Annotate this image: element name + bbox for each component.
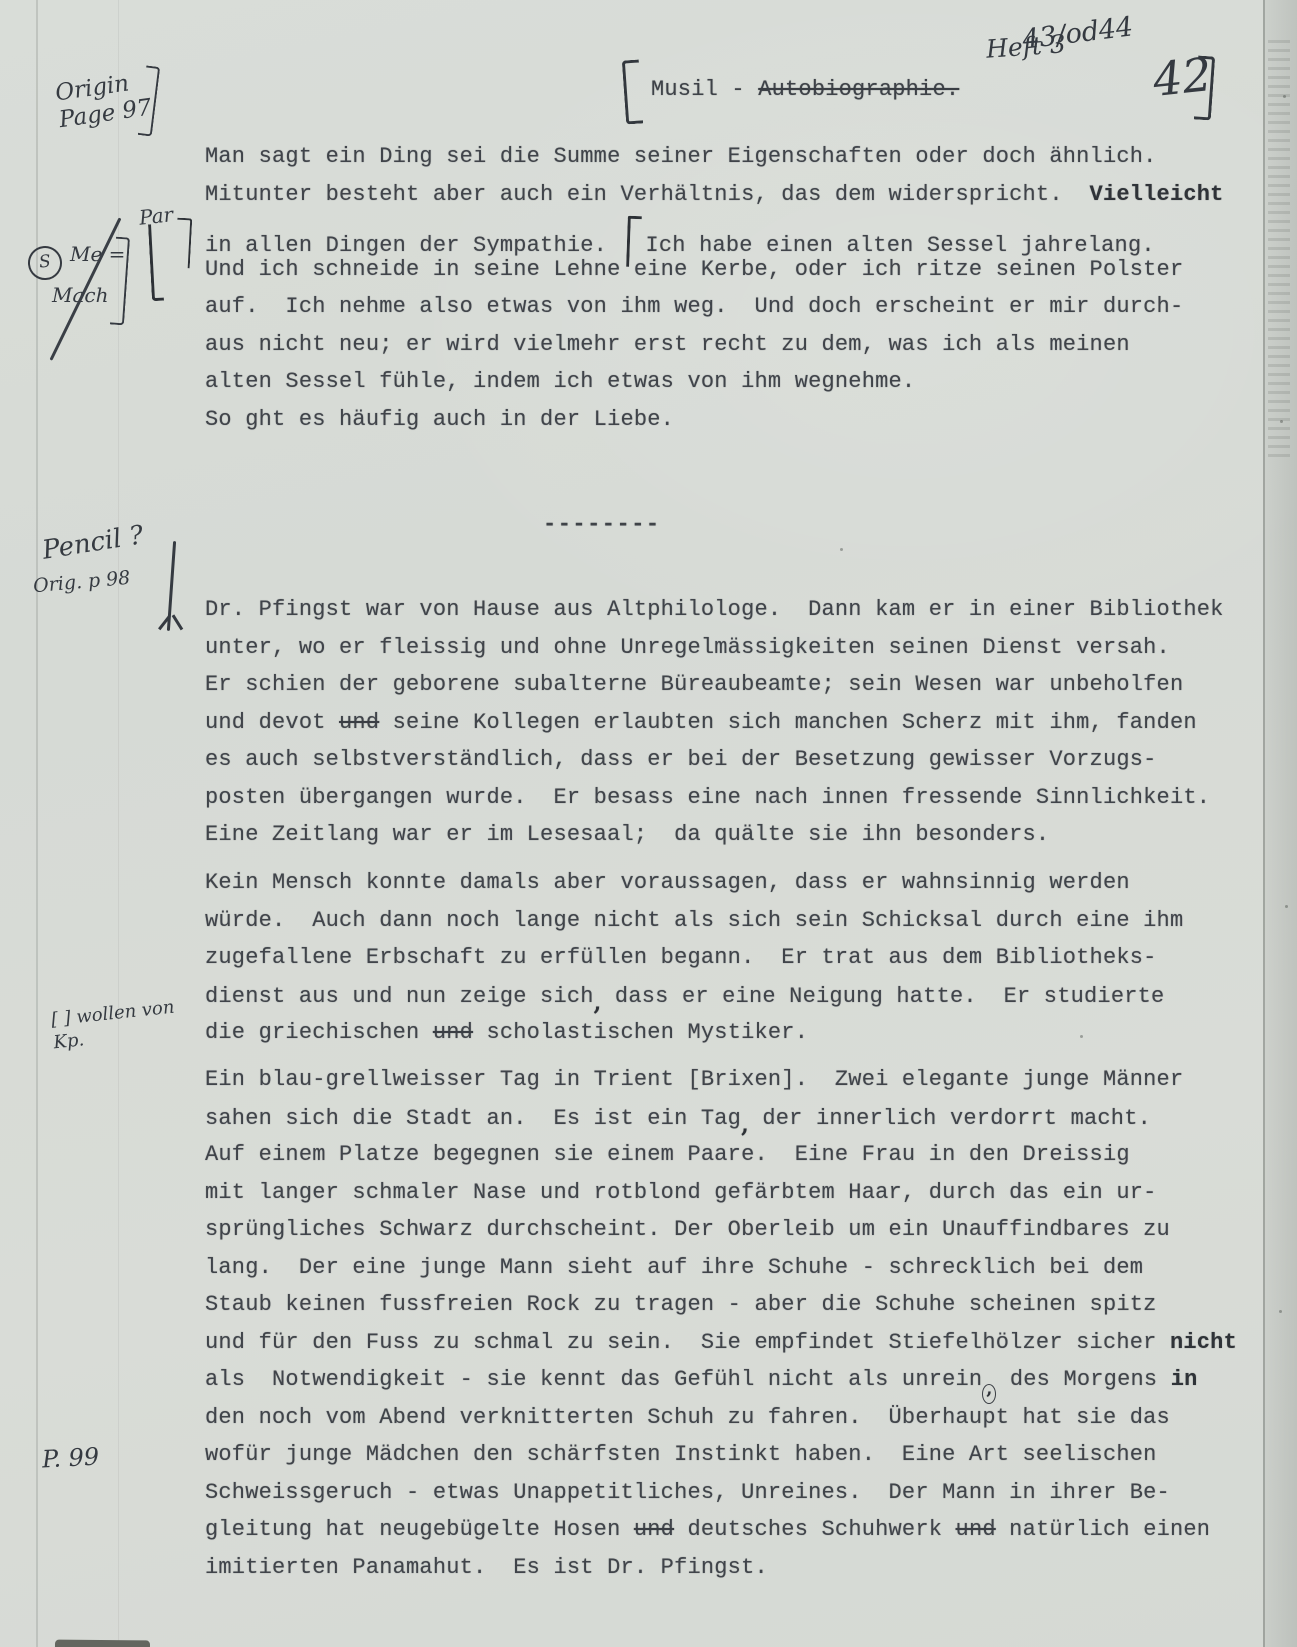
typed-text: seine Kollegen erlaubten sich manchen Sc… xyxy=(379,710,1197,735)
typed-text: den noch vom Abend verknitterten Schuh z… xyxy=(205,1405,1170,1430)
typed-line: aus nicht neu; er wird vielmehr erst rec… xyxy=(205,329,1224,367)
typed-text: Staub keinen fussfreien Rock zu tragen -… xyxy=(205,1292,1157,1317)
typed-text: der innerlich verdorrt macht. xyxy=(749,1106,1151,1131)
typed-line: den noch vom Abend verknitterten Schuh z… xyxy=(205,1402,1237,1440)
typed-line: auf. Ich nehme also etwas von ihm weg. U… xyxy=(205,291,1224,329)
margin-note-orig-p98: Orig. p 98 xyxy=(32,567,131,597)
typed-line: in allen Dingen der Sympathie. Ich habe … xyxy=(205,216,1224,254)
typed-text: Ein blau-grellweisser Tag in Trient [Bri… xyxy=(205,1067,1183,1092)
typed-text: Er schien der geborene subalterne Büreau… xyxy=(205,672,1183,697)
typed-line: gleitung hat neugebügelte Hosen und deut… xyxy=(205,1514,1237,1552)
handwritten-inline-bracket xyxy=(627,216,643,267)
typed-text: alten Sessel fühle, indem ich etwas von … xyxy=(205,369,915,394)
typed-line: Mitunter besteht aber auch ein Verhältni… xyxy=(205,179,1224,217)
scan-speck xyxy=(1285,905,1288,908)
typed-text: Man sagt ein Ding sei die Summe seiner E… xyxy=(205,144,1157,169)
typed-text-retyped: nicht xyxy=(1170,1330,1237,1355)
typed-text: sprüngliches Schwarz durchscheint. Der O… xyxy=(205,1217,1170,1242)
handwritten-open-bracket xyxy=(622,59,643,124)
typed-text: und für den Fuss zu schmal zu sein. Sie … xyxy=(205,1330,1170,1355)
scan-speck xyxy=(1280,420,1283,423)
typed-text-strike: und xyxy=(634,1517,674,1542)
typed-line: imitierten Panamahut. Es ist Dr. Pfingst… xyxy=(205,1552,1237,1590)
typed-line: würde. Auch dann noch lange nicht als si… xyxy=(205,905,1183,943)
typed-text-retyped: Vielleicht xyxy=(1090,182,1224,207)
handwritten-page-number: 42 xyxy=(1150,47,1214,107)
typed-text: als Notwendigkeit - sie kennt das Gefühl… xyxy=(205,1367,982,1392)
typed-text: deutsches Schuhwerk xyxy=(674,1517,955,1542)
down-arrow-head xyxy=(172,615,183,631)
typed-text: aus nicht neu; er wird vielmehr erst rec… xyxy=(205,332,1130,357)
handwritten-margin-bracket xyxy=(148,224,164,302)
scan-speck xyxy=(840,548,843,551)
page-title: Musil - Autobiographie. xyxy=(651,77,959,102)
typed-text: Kein Mensch konnte damals aber voraussag… xyxy=(205,870,1130,895)
page-right-edge-texture xyxy=(1268,40,1290,460)
handwritten-bracket xyxy=(175,218,193,269)
margin-note-pencil: Pencil ? xyxy=(40,520,145,566)
typed-line: Ein blau-grellweisser Tag in Trient [Bri… xyxy=(205,1064,1237,1102)
circled-letter: S xyxy=(26,244,63,281)
scan-speck xyxy=(1279,1310,1282,1313)
typed-line: Staub keinen fussfreien Rock zu tragen -… xyxy=(205,1289,1237,1327)
typed-text: wofür junge Mädchen den schärfsten Insti… xyxy=(205,1442,1157,1467)
typed-text: natürlich einen xyxy=(996,1517,1210,1542)
typed-paragraph: Kein Mensch konnte damals aber voraussag… xyxy=(205,867,1183,1055)
typed-line: Und ich schneide in seine Lehne eine Ker… xyxy=(205,254,1224,292)
typed-line: posten übergangen wurde. Er besass eine … xyxy=(205,782,1224,820)
typed-line: Er schien der geborene subalterne Büreau… xyxy=(205,669,1224,707)
typed-text: mit langer schmaler Nase und rotblond ge… xyxy=(205,1180,1157,1205)
typed-text: Auf einem Platze begegnen sie einem Paar… xyxy=(205,1142,1130,1167)
typed-line: und devot und seine Kollegen erlaubten s… xyxy=(205,707,1224,745)
typed-text: auf. Ich nehme also etwas von ihm weg. U… xyxy=(205,294,1183,319)
typed-line: die griechischen und scholastischen Myst… xyxy=(205,1017,1183,1055)
typed-line: dienst aus und nun zeige sich, dass er e… xyxy=(205,980,1183,1018)
typed-text-strike: und xyxy=(339,710,379,735)
typed-text: gleitung hat neugebügelte Hosen xyxy=(205,1517,634,1542)
typed-line: So ght es häufig auch in der Liebe. xyxy=(205,404,674,442)
typed-text-strike: und xyxy=(956,1517,996,1542)
typed-text: zugefallene Erbschaft zu erfüllen begann… xyxy=(205,945,1157,970)
typed-line: Man sagt ein Ding sei die Summe seiner E… xyxy=(205,141,1224,179)
typed-text: Und ich schneide in seine Lehne eine Ker… xyxy=(205,257,1183,282)
scan-speck xyxy=(1283,95,1286,98)
manuscript-page: Musil - Autobiographie. Heft 3 43/od44 4… xyxy=(0,0,1297,1647)
title-struck-text: Autobiographie. xyxy=(758,77,959,102)
typed-line: alten Sessel fühle, indem ich etwas von … xyxy=(205,366,1224,404)
typed-text: Dr. Pfingst war von Hause aus Altphilolo… xyxy=(205,597,1224,622)
typed-line: zugefallene Erbschaft zu erfüllen begann… xyxy=(205,942,1183,980)
typed-line: wofür junge Mädchen den schärfsten Insti… xyxy=(205,1439,1237,1477)
typed-text-retyped: in xyxy=(1171,1367,1198,1392)
typed-text: lang. Der eine junge Mann sieht auf ihre… xyxy=(205,1255,1143,1280)
typed-text: imitierten Panamahut. Es ist Dr. Pfingst… xyxy=(205,1555,768,1580)
typed-text: des Morgens xyxy=(996,1367,1170,1392)
typed-line: unter, wo er fleissig und ohne Unregelmä… xyxy=(205,632,1224,670)
typed-text: So ght es häufig auch in der Liebe. xyxy=(205,407,674,432)
typed-paragraph: Man sagt ein Ding sei die Summe seiner E… xyxy=(205,141,1224,404)
typed-text: Mitunter besteht aber auch ein Verhältni… xyxy=(205,182,1090,207)
typed-line: sprüngliches Schwarz durchscheint. Der O… xyxy=(205,1214,1237,1252)
typed-text: unter, wo er fleissig und ohne Unregelmä… xyxy=(205,635,1170,660)
page-right-edge-line xyxy=(1263,0,1265,1647)
typed-text-hwcomma: , xyxy=(741,1112,749,1138)
typed-line: es auch selbstverständlich, dass er bei … xyxy=(205,744,1224,782)
typed-paragraph: Dr. Pfingst war von Hause aus Altphilolo… xyxy=(205,594,1224,857)
typed-text-hwcomma: , xyxy=(594,990,602,1016)
typed-text: posten übergangen wurde. Er besass eine … xyxy=(205,785,1210,810)
typed-text: dienst aus und nun zeige sich xyxy=(205,984,594,1009)
scan-shadow xyxy=(55,1640,150,1647)
typed-paragraph: So ght es häufig auch in der Liebe. xyxy=(205,404,674,442)
typed-line: Eine Zeitlang war er im Lesesaal; da quä… xyxy=(205,819,1224,857)
margin-note-wollen-von-kp: [ ] wollen von Kp. xyxy=(50,996,178,1055)
typed-line: Dr. Pfingst war von Hause aus Altphilolo… xyxy=(205,594,1224,632)
typed-line: mit langer schmaler Nase und rotblond ge… xyxy=(205,1177,1237,1215)
typed-text: es auch selbstverständlich, dass er bei … xyxy=(205,747,1157,772)
typed-separator-dashes: -------- xyxy=(543,512,661,537)
typed-text: dass er eine Neigung hatte. Er studierte xyxy=(602,984,1165,1009)
typed-text: die griechischen xyxy=(205,1020,433,1045)
typed-text: würde. Auch dann noch lange nicht als si… xyxy=(205,908,1183,933)
margin-note-p99: P. 99 xyxy=(41,1443,99,1474)
typed-line: Kein Mensch konnte damals aber voraussag… xyxy=(205,867,1183,905)
typed-text: und devot xyxy=(205,710,339,735)
typed-line: Schweissgeruch - etwas Unappetitliches, … xyxy=(205,1477,1237,1515)
typed-line: Auf einem Platze begegnen sie einem Paar… xyxy=(205,1139,1237,1177)
typed-text: Schweissgeruch - etwas Unappetitliches, … xyxy=(205,1480,1170,1505)
typed-paragraph: Ein blau-grellweisser Tag in Trient [Bri… xyxy=(205,1064,1237,1589)
typed-text: Eine Zeitlang war er im Lesesaal; da quä… xyxy=(205,822,1049,847)
title-text: Musil - xyxy=(651,77,758,102)
typed-line: lang. Der eine junge Mann sieht auf ihre… xyxy=(205,1252,1237,1290)
typed-line: sahen sich die Stadt an. Es ist ein Tag,… xyxy=(205,1102,1237,1140)
typed-text-strike: und xyxy=(433,1020,473,1045)
typed-line: und für den Fuss zu schmal zu sein. Sie … xyxy=(205,1327,1237,1365)
typed-text: sahen sich die Stadt an. Es ist ein Tag xyxy=(205,1106,741,1131)
archive-reference-number: 43/od44 xyxy=(1021,11,1135,55)
typed-text: scholastischen Mystiker. xyxy=(473,1020,808,1045)
typed-line: als Notwendigkeit - sie kennt das Gefühl… xyxy=(205,1364,1237,1402)
